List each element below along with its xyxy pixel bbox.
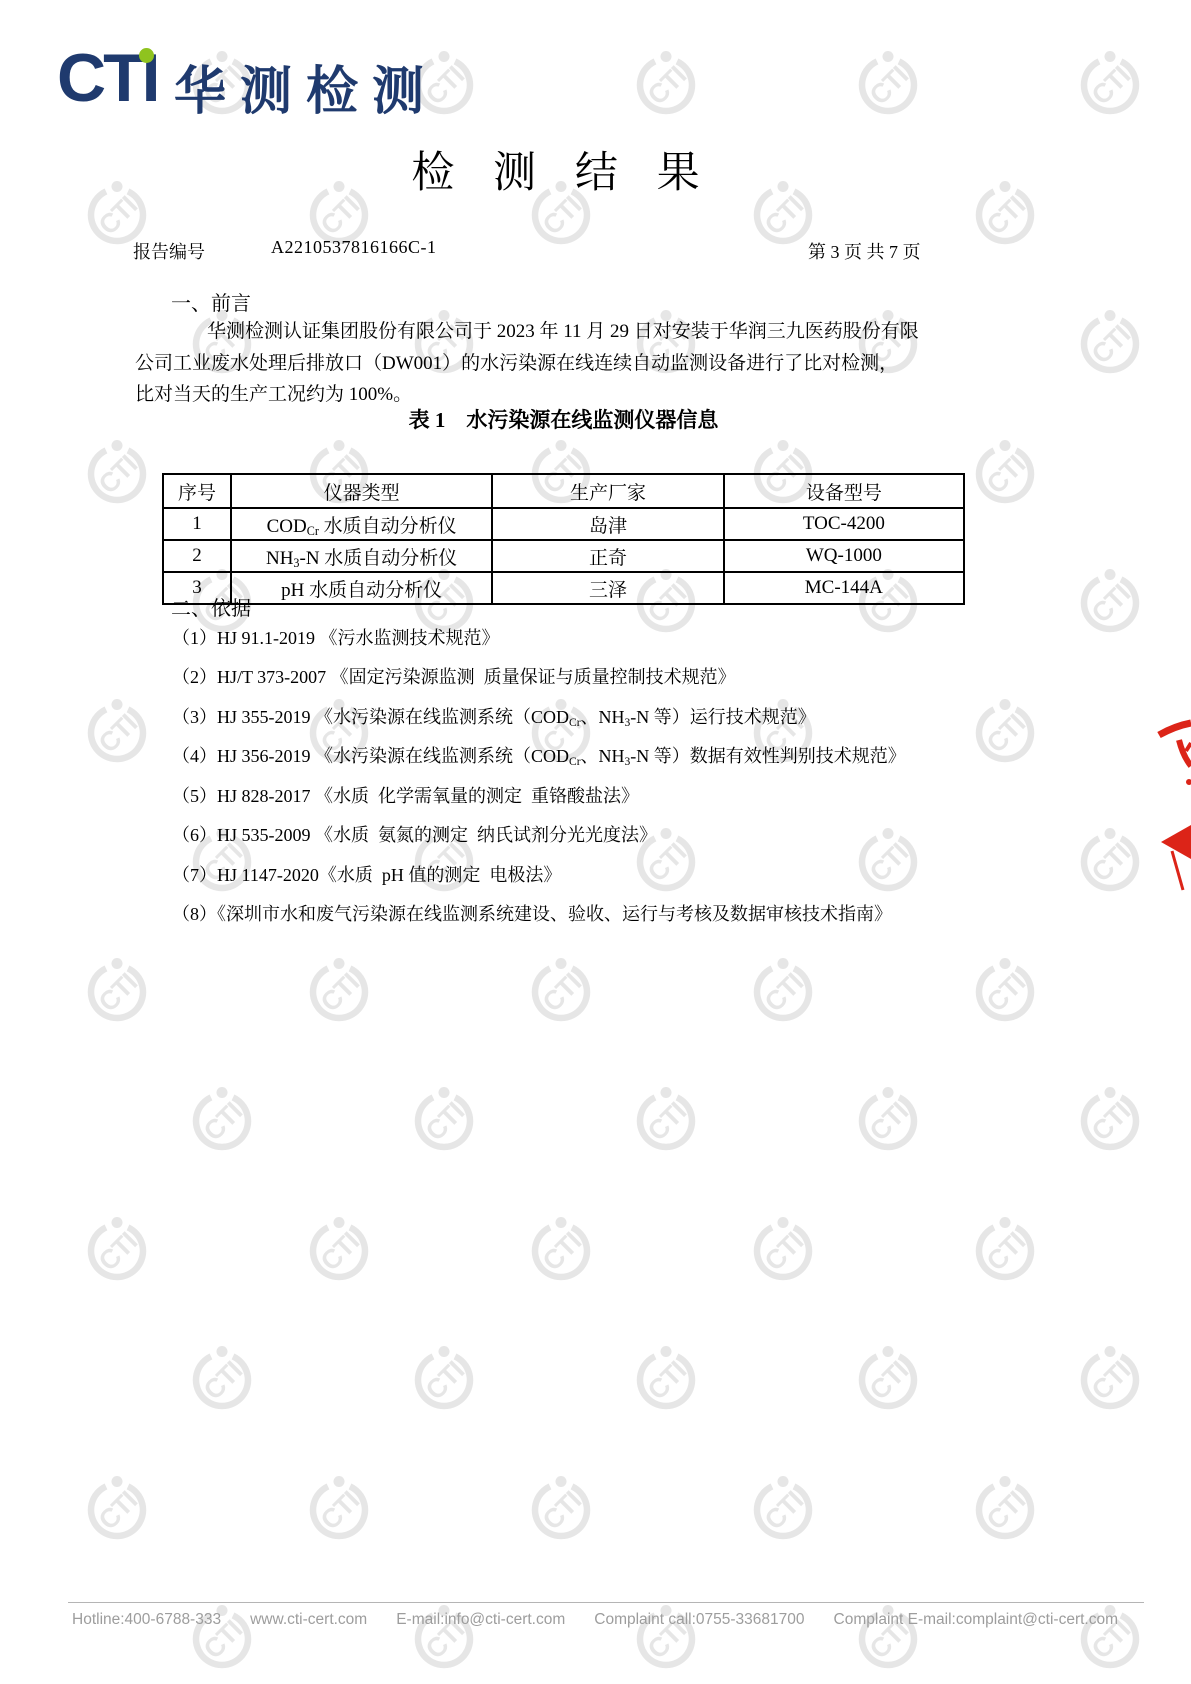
basis-item: （1）HJ 91.1-2019 《污水监测技术规范》 xyxy=(172,624,500,650)
cell-seq: 2 xyxy=(163,540,231,572)
instrument-table: 序号 仪器类型 生产厂家 设备型号 1 CODCr 水质自动分析仪 岛津 TOC… xyxy=(162,473,965,605)
preface-line: 华测检测认证集团股份有限公司于 2023 年 11 月 29 日对安装于华润三九… xyxy=(135,316,1037,343)
cell-manufacturer: 正奇 xyxy=(492,540,723,572)
col-header-manufacturer: 生产厂家 xyxy=(492,474,723,508)
preface-line: 比对当天的生产工况约为 100%。 xyxy=(135,379,965,406)
col-header-seq: 序号 xyxy=(163,474,231,508)
table-row: 3 pH 水质自动分析仪 三泽 MC-144A xyxy=(163,572,964,604)
footer-divider xyxy=(68,1602,1144,1603)
footer-complaint-email: Complaint E-mail:complaint@cti-cert.com xyxy=(834,1611,1118,1629)
table1-caption: 表 1 水污染源在线监测仪器信息 xyxy=(162,404,965,434)
footer-hotline: Hotline:400-6788-333 xyxy=(72,1611,221,1629)
basis-item: （8）《深圳市水和废气污染源在线监测系统建设、验收、运行与考核及数据审核技术指南… xyxy=(172,900,892,926)
cell-model: WQ-1000 xyxy=(724,540,964,572)
cell-instrument-type: pH 水质自动分析仪 xyxy=(231,572,492,604)
cell-instrument-type: NH3-N 水质自动分析仪 xyxy=(231,540,492,572)
report-number-label: 报告编号 xyxy=(133,238,205,264)
section-heading-basis: 二、依据 xyxy=(171,592,251,621)
page-title: 检 测 结 果 xyxy=(0,148,1125,200)
col-header-model: 设备型号 xyxy=(724,474,964,508)
cell-model: MC-144A xyxy=(724,572,964,604)
basis-item: （5）HJ 828-2017 《水质 化学需氧量的测定 重铬酸盐法》 xyxy=(172,782,639,808)
cell-seq: 1 xyxy=(163,508,231,540)
basis-item: （7）HJ 1147-2020《水质 pH 值的测定 电极法》 xyxy=(172,861,561,887)
basis-item: （4）HJ 356-2019 《水污染源在线监测系统（CODCr、NH3-N 等… xyxy=(172,742,906,768)
section-heading-preface: 一、前言 xyxy=(171,287,251,316)
cti-logo-green-dot-icon xyxy=(139,48,154,63)
table-header-row: 序号 仪器类型 生产厂家 设备型号 xyxy=(163,474,964,508)
report-number-value: A2210537816166C-1 xyxy=(271,237,437,258)
basis-item: （2）HJ/T 373-2007 《固定污染源监测 质量保证与质量控制技术规范》 xyxy=(172,663,736,689)
table-row: 2 NH3-N 水质自动分析仪 正奇 WQ-1000 xyxy=(163,540,964,572)
table1: 序号 仪器类型 生产厂家 设备型号 1 CODCr 水质自动分析仪 岛津 TOC… xyxy=(162,437,965,641)
cti-logo-chinese-name: 华测检测 xyxy=(174,64,438,120)
cell-manufacturer: 岛津 xyxy=(492,508,723,540)
cell-model: TOC-4200 xyxy=(724,508,964,540)
footer-website: www.cti-cert.com xyxy=(250,1611,367,1629)
col-header-instrument-type: 仪器类型 xyxy=(231,474,492,508)
footer: Hotline:400-6788-333 www.cti-cert.com E-… xyxy=(72,1611,1118,1629)
table-row: 1 CODCr 水质自动分析仪 岛津 TOC-4200 xyxy=(163,508,964,540)
report-page: { "logo": { "cti_text": "CTI", "cn_text"… xyxy=(0,0,1191,1684)
content-layer: CTI 华测检测 检 测 结 果 报告编号 A2210537816166C-1 … xyxy=(0,0,1191,1684)
page-number-info: 第 3 页 共 7 页 xyxy=(808,238,921,264)
footer-complaint-call: Complaint call:0755-33681700 xyxy=(594,1611,804,1629)
cell-manufacturer: 三泽 xyxy=(492,572,723,604)
basis-item: （6）HJ 535-2009 《水质 氨氮的测定 纳氏试剂分光光度法》 xyxy=(172,821,657,847)
footer-email: E-mail:info@cti-cert.com xyxy=(396,1611,565,1629)
basis-item: （3）HJ 355-2019 《水污染源在线监测系统（CODCr、NH3-N 等… xyxy=(172,703,816,729)
preface-line: 公司工业废水处理后排放口（DW001）的水污染源在线连续自动监测设备进行了比对检… xyxy=(135,348,965,375)
cell-instrument-type: CODCr 水质自动分析仪 xyxy=(231,508,492,540)
